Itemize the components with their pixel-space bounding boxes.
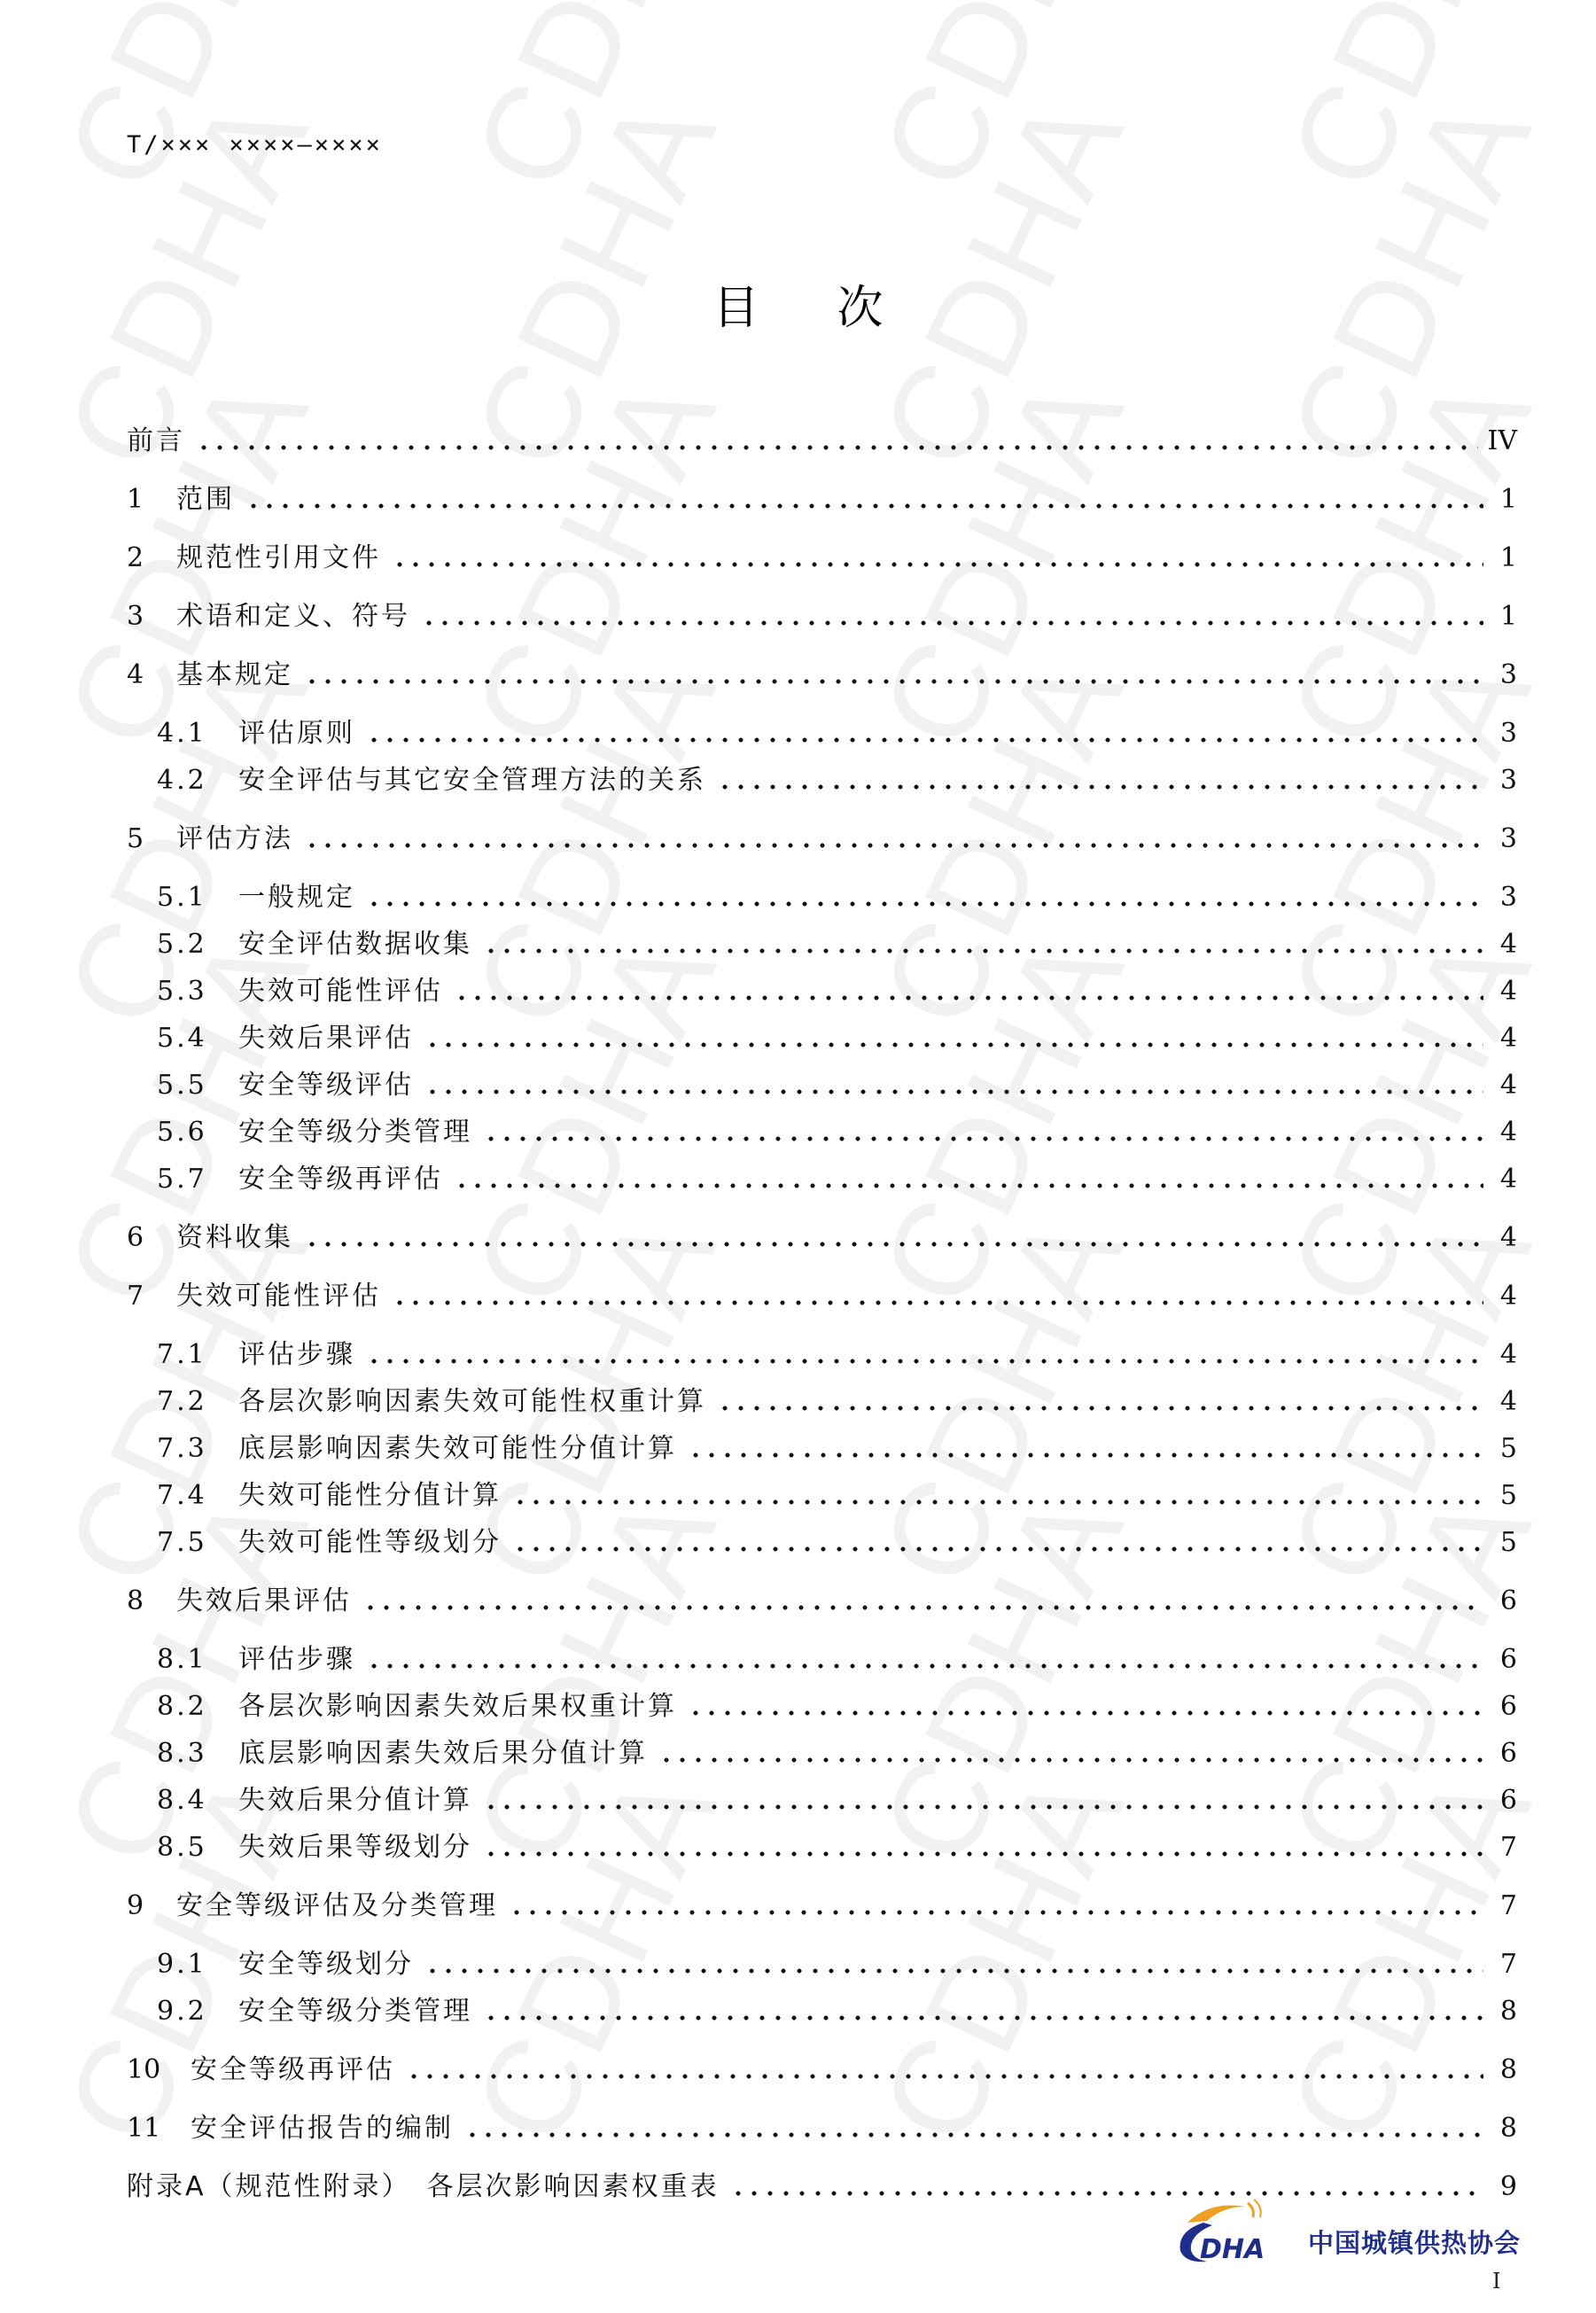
dot-leader: [362, 1605, 1483, 1610]
dot-leader: [304, 1242, 1483, 1247]
toc-entry-label: 安全评估数据收集: [238, 925, 472, 964]
toc-entry[interactable]: 7.4失效可能性分值计算5: [127, 1476, 1517, 1515]
toc-entry[interactable]: 8.2各层次影响因素失效后果权重计算6: [127, 1687, 1517, 1726]
dot-leader: [366, 1663, 1483, 1669]
toc-entry-number: 8.5: [157, 1828, 238, 1867]
dot-leader: [483, 1804, 1483, 1810]
dot-leader: [406, 2074, 1483, 2079]
toc-entry[interactable]: 3术语和定义、符号1: [127, 597, 1517, 636]
toc-entry-label: 术语和定义、符号: [176, 597, 410, 636]
toc-entry-page: 7: [1492, 1945, 1517, 1984]
toc-entry-number: 7.1: [157, 1336, 238, 1375]
toc-entry-label: 底层影响因素失效后果分值计算: [238, 1734, 648, 1773]
toc-entry-label: 安全评估报告的编制: [191, 2109, 454, 2148]
toc-entry[interactable]: 7失效可能性评估4: [127, 1277, 1517, 1316]
toc-entry[interactable]: 4基本规定3: [127, 656, 1517, 695]
toc-entry-label: 失效可能性分值计算: [238, 1476, 502, 1515]
toc-entry-number: 5.5: [157, 1066, 238, 1105]
dot-leader: [424, 1042, 1483, 1047]
toc-entry-number: 5.6: [157, 1113, 238, 1152]
dot-leader: [483, 948, 1483, 954]
toc-entry-number: 2: [127, 539, 176, 578]
dot-leader: [392, 562, 1483, 567]
page-number: I: [1492, 2269, 1500, 2294]
toc-entry-page: 5: [1492, 1476, 1517, 1515]
toc-entry-page: 4: [1492, 1113, 1517, 1152]
toc-entry-label: 资料收集: [176, 1219, 293, 1258]
toc-entry[interactable]: 8.4失效后果分值计算6: [127, 1781, 1517, 1820]
toc-entry-page: IV: [1487, 422, 1517, 461]
toc-entry[interactable]: 7.1评估步骤4: [127, 1336, 1517, 1375]
toc-entry-number: 4: [127, 656, 176, 695]
toc-entry-page: 1: [1492, 539, 1517, 578]
toc-entry-page: 4: [1492, 1160, 1517, 1199]
toc-entry[interactable]: 8.1评估步骤6: [127, 1640, 1517, 1679]
toc-entry-label: 一般规定: [238, 878, 355, 917]
toc-entry-label: 各层次影响因素失效可能性权重计算: [238, 1382, 706, 1421]
toc-entry[interactable]: 5.3失效可能性评估4: [127, 972, 1517, 1011]
dot-leader: [483, 1851, 1483, 1857]
toc-entry-label: 安全等级再评估: [191, 2051, 395, 2090]
toc-entry-number: 8.1: [157, 1640, 238, 1679]
toc-entry[interactable]: 7.3底层影响因素失效可能性分值计算5: [127, 1429, 1517, 1468]
toc-entry[interactable]: 4.2安全评估与其它安全管理方法的关系3: [127, 761, 1517, 800]
toc-entry-label: 安全评估与其它安全管理方法的关系: [238, 761, 706, 800]
dot-leader: [464, 2132, 1483, 2138]
dot-leader: [245, 503, 1483, 509]
toc-entry-label: 安全等级评估及分类管理: [176, 1887, 498, 1926]
dot-leader: [717, 784, 1483, 790]
dot-leader: [196, 445, 1478, 450]
toc-entry-label: 附录A（规范性附录） 各层次影响因素权重表: [127, 2168, 720, 2207]
dot-leader: [454, 995, 1483, 1001]
toc-entry-number: 7.3: [157, 1429, 238, 1468]
toc-entry-label: 规范性引用文件: [176, 539, 381, 578]
toc-entry-number: 5.2: [157, 925, 238, 964]
dot-leader: [424, 1968, 1483, 1974]
watermark-text: CDHA: [860, 0, 1145, 206]
toc-entry[interactable]: 10安全等级再评估8: [127, 2051, 1517, 2090]
toc-entry[interactable]: 7.5失效可能性等级划分5: [127, 1523, 1517, 1562]
toc-entry-page: 1: [1492, 597, 1517, 636]
toc-entry-page: 8: [1492, 1992, 1517, 2031]
toc-entry-label: 底层影响因素失效可能性分值计算: [238, 1429, 677, 1468]
toc-entry-page: 3: [1492, 820, 1517, 859]
dot-leader: [454, 1183, 1483, 1188]
toc-entry-label: 失效后果分值计算: [238, 1781, 472, 1820]
document-code: T/××× ××××—××××: [127, 131, 383, 159]
dot-leader: [304, 843, 1483, 848]
toc-entry-number: 8: [127, 1582, 176, 1621]
toc-entry-number: 5.7: [157, 1160, 238, 1199]
toc-entry-page: 5: [1492, 1429, 1517, 1468]
toc-entry-label: 各层次影响因素失效后果权重计算: [238, 1687, 677, 1726]
dot-leader: [424, 1089, 1483, 1094]
toc-entry[interactable]: 5.6安全等级分类管理4: [127, 1113, 1517, 1152]
toc-entry[interactable]: 5.7安全等级再评估4: [127, 1160, 1517, 1199]
toc-entry-number: 7.4: [157, 1476, 238, 1515]
toc-entry-number: 9.2: [157, 1992, 238, 2031]
toc-entry[interactable]: 7.2各层次影响因素失效可能性权重计算4: [127, 1382, 1517, 1421]
toc-entry-page: 8: [1492, 2051, 1517, 2090]
toc-entry-page: 4: [1492, 1219, 1517, 1258]
toc-entry-page: 6: [1492, 1734, 1517, 1773]
toc-entry-number: 10: [127, 2051, 191, 2090]
toc-entry-page: 3: [1492, 878, 1517, 917]
toc-entry[interactable]: 11安全评估报告的编制8: [127, 2109, 1517, 2148]
toc-entry-page: 4: [1492, 1336, 1517, 1375]
toc-entry[interactable]: 5.1一般规定3: [127, 878, 1517, 917]
toc-entry-label: 评估原则: [238, 714, 355, 753]
toc-entry-label: 失效可能性等级划分: [238, 1523, 502, 1562]
toc-entry-number: 5.1: [157, 878, 238, 917]
dot-leader: [483, 1136, 1483, 1141]
toc-entry-label: 前言: [127, 422, 185, 461]
dot-leader: [509, 1910, 1483, 1915]
page-title: 目次: [0, 270, 1596, 337]
toc-entry-number: 8.2: [157, 1687, 238, 1726]
toc-entry-page: 8: [1492, 2109, 1517, 2148]
toc-entry-label: 失效可能性评估: [176, 1277, 381, 1316]
dot-leader: [392, 1300, 1483, 1305]
toc-entry-label: 评估步骤: [238, 1640, 355, 1679]
toc-entry-label: 安全等级再评估: [238, 1160, 443, 1199]
toc-entry-page: 3: [1492, 714, 1517, 753]
toc-entry-page: 5: [1492, 1523, 1517, 1562]
toc-entry-number: 7.5: [157, 1523, 238, 1562]
toc-entry[interactable]: 9安全等级评估及分类管理7: [127, 1887, 1517, 1926]
toc-entry-page: 4: [1492, 925, 1517, 964]
toc-entry-page: 4: [1492, 972, 1517, 1011]
toc-entry[interactable]: 2规范性引用文件1: [127, 539, 1517, 578]
toc-entry[interactable]: 5.2安全评估数据收集4: [127, 925, 1517, 964]
dot-leader: [688, 1452, 1483, 1458]
watermark-text: CDHA: [44, 0, 330, 206]
dot-leader: [717, 1406, 1483, 1411]
toc-entry-label: 失效后果等级划分: [238, 1828, 472, 1867]
watermark-text: CDHA: [452, 0, 737, 206]
toc-entry-label: 范围: [176, 480, 235, 519]
toc-entry-label: 安全等级评估: [238, 1066, 414, 1105]
toc-entry-label: 评估步骤: [238, 1336, 355, 1375]
watermark-text: CDHA: [1267, 0, 1553, 206]
toc-entry[interactable]: 5评估方法3: [127, 820, 1517, 859]
toc-entry-label: 评估方法: [176, 820, 293, 859]
toc-entry-number: 5.3: [157, 972, 238, 1011]
toc-entry-page: 3: [1492, 761, 1517, 800]
toc-entry-number: 8.3: [157, 1734, 238, 1773]
toc-entry[interactable]: 9.2安全等级分类管理8: [127, 1992, 1517, 2031]
toc-entry-number: 5: [127, 820, 176, 859]
cdha-logo-icon: DHA: [1161, 2196, 1303, 2267]
dot-leader: [366, 901, 1483, 907]
toc-entry-number: 5.4: [157, 1019, 238, 1058]
toc-entry-label: 失效后果评估: [238, 1019, 414, 1058]
toc-entry-page: 6: [1492, 1687, 1517, 1726]
svg-text:DHA: DHA: [1200, 2234, 1265, 2265]
toc-entry[interactable]: 8.3底层影响因素失效后果分值计算6: [127, 1734, 1517, 1773]
toc-entry-label: 失效可能性评估: [238, 972, 443, 1011]
toc-entry[interactable]: 前言IV: [127, 422, 1517, 461]
dot-leader: [366, 1359, 1483, 1364]
association-name: 中国城镇供热协会: [1308, 2223, 1521, 2260]
dot-leader: [658, 1757, 1483, 1763]
toc-entry[interactable]: 8失效后果评估6: [127, 1582, 1517, 1621]
toc-entry-page: 4: [1492, 1382, 1517, 1421]
toc-entry-label: 基本规定: [176, 656, 293, 695]
toc-entry[interactable]: 5.5安全等级评估4: [127, 1066, 1517, 1105]
toc-entry-page: 4: [1492, 1066, 1517, 1105]
toc-entry-number: 4.2: [157, 761, 238, 800]
toc-entry-number: 7.2: [157, 1382, 238, 1421]
dot-leader: [366, 737, 1483, 743]
dot-leader: [512, 1546, 1483, 1552]
toc-entry-number: 6: [127, 1219, 176, 1258]
toc-entry[interactable]: 8.5失效后果等级划分7: [127, 1828, 1517, 1867]
toc-entry-number: 8.4: [157, 1781, 238, 1820]
toc-entry-number: 4.1: [157, 714, 238, 753]
association-logo: DHA 中国城镇供热协会: [1161, 2196, 1577, 2267]
toc-entry-number: 9.1: [157, 1945, 238, 1984]
toc-entry-number: 1: [127, 480, 176, 519]
toc-entry-page: 7: [1492, 1887, 1517, 1926]
toc-entry-page: 4: [1492, 1277, 1517, 1316]
dot-leader: [304, 679, 1483, 684]
toc-entry[interactable]: 6资料收集4: [127, 1219, 1517, 1258]
toc-entry[interactable]: 9.1安全等级划分7: [127, 1945, 1517, 1984]
toc-entry-label: 安全等级划分: [238, 1945, 414, 1984]
toc-entry-label: 安全等级分类管理: [238, 1113, 472, 1152]
toc-entry-number: 7: [127, 1277, 176, 1316]
toc-entry[interactable]: 4.1评估原则3: [127, 714, 1517, 753]
toc-entry-page: 3: [1492, 656, 1517, 695]
toc-entry-page: 6: [1492, 1582, 1517, 1621]
toc-entry-page: 7: [1492, 1828, 1517, 1867]
toc-entry-number: 11: [127, 2109, 191, 2148]
toc-entry[interactable]: 1范围1: [127, 480, 1517, 519]
toc-entry[interactable]: 5.4失效后果评估4: [127, 1019, 1517, 1058]
toc-entry-label: 失效后果评估: [176, 1582, 352, 1621]
toc-entry-page: 6: [1492, 1640, 1517, 1679]
toc-entry-page: 6: [1492, 1781, 1517, 1820]
dot-leader: [421, 620, 1483, 626]
toc-entry-number: 3: [127, 597, 176, 636]
dot-leader: [483, 2015, 1483, 2021]
dot-leader: [512, 1499, 1483, 1505]
dot-leader: [688, 1710, 1483, 1716]
toc-entry-label: 安全等级分类管理: [238, 1992, 472, 2031]
toc-entry-number: 9: [127, 1887, 176, 1926]
toc-entry-page: 4: [1492, 1019, 1517, 1058]
toc-entry-page: 1: [1492, 480, 1517, 519]
